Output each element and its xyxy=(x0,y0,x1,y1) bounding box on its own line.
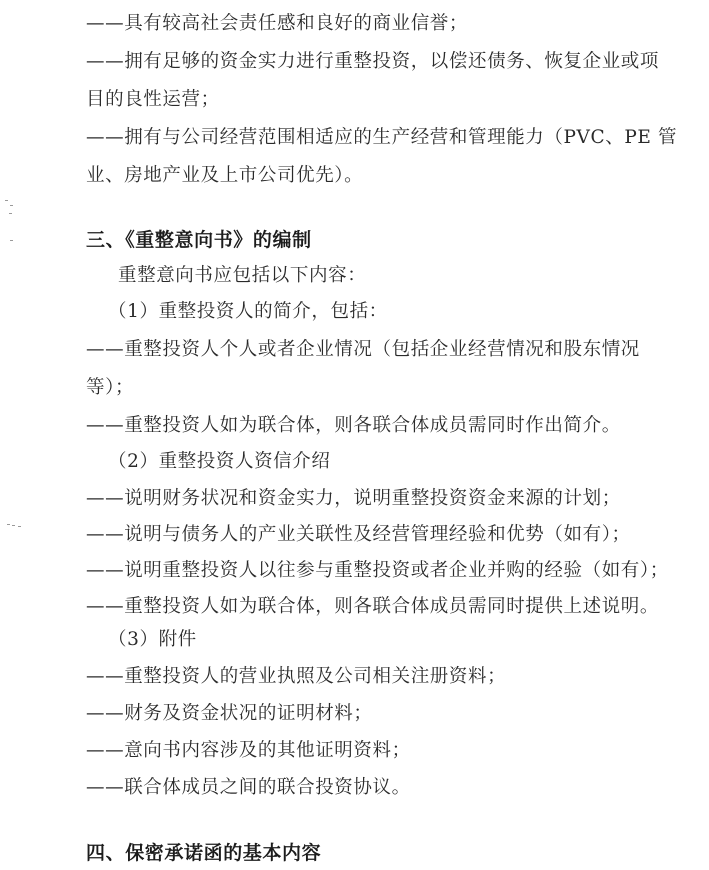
list-item: ——意向书内容涉及的其他证明资料； xyxy=(86,739,411,763)
list-item: ——说明财务状况和资金实力，说明重整投资资金来源的计划； xyxy=(86,487,621,511)
scan-mark xyxy=(5,200,8,201)
requirement-item: ——拥有足够的资金实力进行重整投资，以偿还债务、恢复企业或项 xyxy=(86,50,659,74)
scan-mark xyxy=(10,205,13,206)
list-item-continued: 等）； xyxy=(86,376,134,400)
requirement-item-continued: 目的良性运营； xyxy=(86,88,220,112)
list-item: ——说明重整投资人以往参与重整投资或者企业并购的经验（如有）； xyxy=(86,559,669,583)
section-heading: 四、保密承诺函的基本内容 xyxy=(86,841,321,865)
scan-mark xyxy=(12,525,15,526)
list-item: ——说明与债务人的产业关联性及经营管理经验和优势（如有）； xyxy=(86,523,631,547)
list-item: ——重整投资人个人或者企业情况（包括企业经营情况和股东情况 xyxy=(86,338,640,362)
scan-mark xyxy=(10,240,13,241)
requirement-item-continued: 业、房地产业及上市公司优先）。 xyxy=(86,164,363,188)
scan-mark xyxy=(9,213,12,214)
subsection-title: （1）重整投资人的简介，包括： xyxy=(108,300,388,324)
scan-mark xyxy=(7,524,10,525)
list-item: ——重整投资人如为联合体，则各联合体成员需同时作出简介。 xyxy=(86,414,621,438)
scan-mark xyxy=(18,526,21,527)
requirement-item: ——具有较高社会责任感和良好的商业信誉； xyxy=(86,12,468,36)
subsection-title: （3）附件 xyxy=(108,628,197,652)
section-intro: 重整意向书应包括以下内容： xyxy=(118,264,366,288)
list-item: ——财务及资金状况的证明材料； xyxy=(86,702,373,726)
list-item: ——联合体成员之间的联合投资协议。 xyxy=(86,776,411,800)
list-item: ——重整投资人的营业执照及公司相关注册资料； xyxy=(86,665,506,689)
subsection-title: （2）重整投资人资信介绍 xyxy=(108,450,330,474)
section-heading: 三、《重整意向书》的编制 xyxy=(86,228,312,252)
list-item: ——重整投资人如为联合体，则各联合体成员需同时提供上述说明。 xyxy=(86,595,659,619)
requirement-item: ——拥有与公司经营范围相适应的生产经营和管理能力（PVC、PE 管 xyxy=(86,126,677,150)
